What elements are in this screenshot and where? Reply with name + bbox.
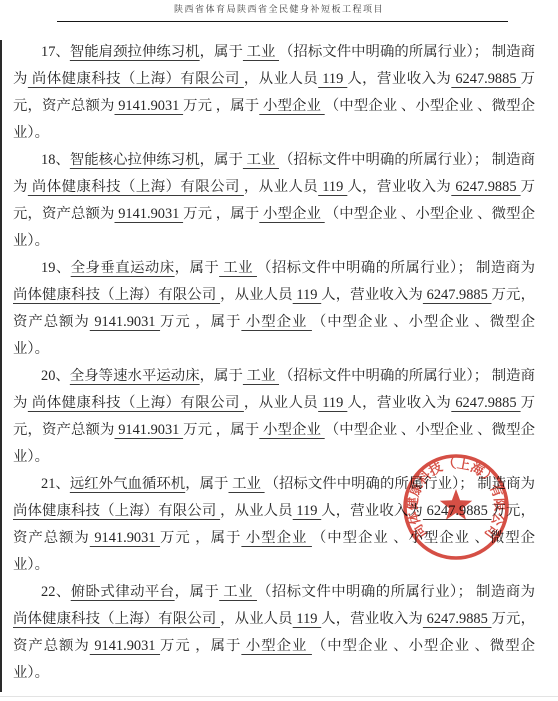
revenue-field: 6247.9885 — [451, 71, 520, 87]
manufacturer-field: 尚体健康科技（上海）有限公司 — [28, 71, 244, 87]
item-paragraph: 18、智能核心拉伸练习机，属于 工业 （招标文件中明确的所属行业）； 制造商为 … — [13, 147, 535, 255]
staff-count-field: 119 — [318, 71, 347, 87]
item-name: 智能肩颈拉伸练习机 — [70, 44, 200, 60]
revenue-label: 人，营业收入为 — [321, 287, 423, 303]
staff-count-field: 119 — [318, 179, 347, 195]
assets-unit: 万元 ，属于 — [160, 314, 241, 330]
revenue-label: 人，营业收入为 — [321, 503, 423, 519]
revenue-label: 人，营业收入为 — [347, 395, 451, 411]
enterprise-size-field: 小型企业 — [259, 98, 324, 114]
industry-field: 工业 — [243, 152, 279, 168]
enterprise-size-field: 小型企业 — [259, 422, 324, 438]
industry-note: （招标文件中明确的所属行业）； 制造商为 — [257, 260, 535, 276]
item-name: 俯卧式律动平台 — [71, 584, 175, 600]
item-number: 17、 — [41, 44, 70, 60]
assets-unit: 万元 ，属于 — [160, 638, 241, 654]
item-number: 18、 — [41, 152, 70, 168]
page-header-title: 陕西省体育局陕西省全民健身补短板工程项目 — [0, 2, 558, 15]
belongs-label: ，属于 — [200, 152, 243, 168]
industry-field: 工业 — [228, 476, 264, 492]
belongs-label: ，属于 — [175, 260, 220, 276]
page-left-edge — [0, 40, 2, 692]
item-number: 19、 — [41, 260, 71, 276]
revenue-field: 6247.9885 — [451, 395, 520, 411]
belongs-label: ，属于 — [200, 368, 243, 384]
staff-label: ，从业人员 — [220, 503, 293, 519]
revenue-label: 人，营业收入为 — [347, 179, 451, 195]
industry-field: 工业 — [219, 260, 257, 276]
assets-unit: 万元 ，属于 — [183, 206, 259, 222]
item-paragraph: 22、俯卧式律动平台，属于 工业 （招标文件中明确的所属行业）； 制造商为 尚体… — [13, 579, 535, 687]
assets-field: 9141.9031 — [115, 98, 184, 114]
manufacturer-field: 尚体健康科技（上海）有限公司 — [28, 395, 244, 411]
assets-field: 9141.9031 — [90, 314, 160, 330]
revenue-field: 6247.9885 — [451, 179, 520, 195]
revenue-field: 6247.9885 — [423, 287, 492, 303]
assets-unit: 万元 ，属于 — [160, 530, 241, 546]
manufacturer-field: 尚体健康科技（上海）有限公司 — [28, 179, 244, 195]
item-number: 21、 — [41, 476, 70, 492]
staff-count-field: 119 — [293, 287, 322, 303]
item-paragraph: 17、智能肩颈拉伸练习机，属于 工业 （招标文件中明确的所属行业）； 制造商为 … — [13, 39, 535, 147]
manufacturer-field: 尚体健康科技（上海）有限公司 — [13, 611, 220, 627]
header-rule — [57, 21, 508, 22]
enterprise-size-field: 小型企业 — [259, 206, 324, 222]
staff-count-field: 119 — [293, 611, 322, 627]
item-paragraph: 20、全身等速水平运动床，属于 工业 （招标文件中明确的所属行业）； 制造商为 … — [13, 363, 535, 471]
staff-label: ，从业人员 — [244, 71, 318, 87]
item-paragraph: 19、全身垂直运动床，属于 工业 （招标文件中明确的所属行业）； 制造商为 尚体… — [13, 255, 535, 363]
staff-label: ，从业人员 — [244, 179, 318, 195]
enterprise-size-field: 小型企业 — [241, 314, 312, 330]
industry-note: （招标文件中明确的所属行业）； 制造商为 — [265, 476, 535, 492]
assets-field: 9141.9031 — [115, 206, 184, 222]
belongs-label: ，属于 — [175, 584, 220, 600]
assets-field: 9141.9031 — [115, 422, 184, 438]
item-name: 全身垂直运动床 — [71, 260, 175, 276]
assets-field: 9141.9031 — [90, 530, 160, 546]
item-name: 智能核心拉伸练习机 — [70, 152, 200, 168]
industry-field: 工业 — [243, 368, 279, 384]
industry-note: （招标文件中明确的所属行业）； 制造商为 — [257, 584, 535, 600]
staff-count-field: 119 — [293, 503, 322, 519]
item-number: 20、 — [41, 368, 70, 384]
item-name: 远红外气血循环机 — [70, 476, 185, 492]
industry-field: 工业 — [219, 584, 257, 600]
staff-label: ，从业人员 — [220, 611, 293, 627]
revenue-label: 人，营业收入为 — [347, 71, 451, 87]
revenue-field: 6247.9885 — [423, 611, 492, 627]
industry-field: 工业 — [243, 44, 279, 60]
enterprise-size-field: 小型企业 — [241, 638, 312, 654]
document-page: 陕西省体育局陕西省全民健身补短板工程项目 17、智能肩颈拉伸练习机，属于 工业 … — [0, 0, 558, 701]
document-body: 17、智能肩颈拉伸练习机，属于 工业 （招标文件中明确的所属行业）； 制造商为 … — [13, 39, 535, 687]
enterprise-size-field: 小型企业 — [241, 530, 312, 546]
revenue-field: 6247.9885 — [423, 503, 492, 519]
assets-unit: 万元 ，属于 — [183, 422, 259, 438]
assets-field: 9141.9031 — [90, 638, 160, 654]
revenue-label: 人，营业收入为 — [321, 611, 423, 627]
item-paragraph: 21、远红外气血循环机，属于 工业 （招标文件中明确的所属行业）； 制造商为 尚… — [13, 471, 535, 579]
page-bottom-edge — [0, 696, 558, 697]
manufacturer-field: 尚体健康科技（上海）有限公司 — [13, 503, 220, 519]
staff-label: ，从业人员 — [244, 395, 318, 411]
manufacturer-field: 尚体健康科技（上海）有限公司 — [13, 287, 220, 303]
belongs-label: ，属于 — [200, 44, 243, 60]
staff-count-field: 119 — [318, 395, 347, 411]
staff-label: ，从业人员 — [220, 287, 293, 303]
assets-unit: 万元 ，属于 — [183, 98, 259, 114]
item-number: 22、 — [41, 584, 71, 600]
item-name: 全身等速水平运动床 — [70, 368, 200, 384]
belongs-label: ，属于 — [185, 476, 228, 492]
